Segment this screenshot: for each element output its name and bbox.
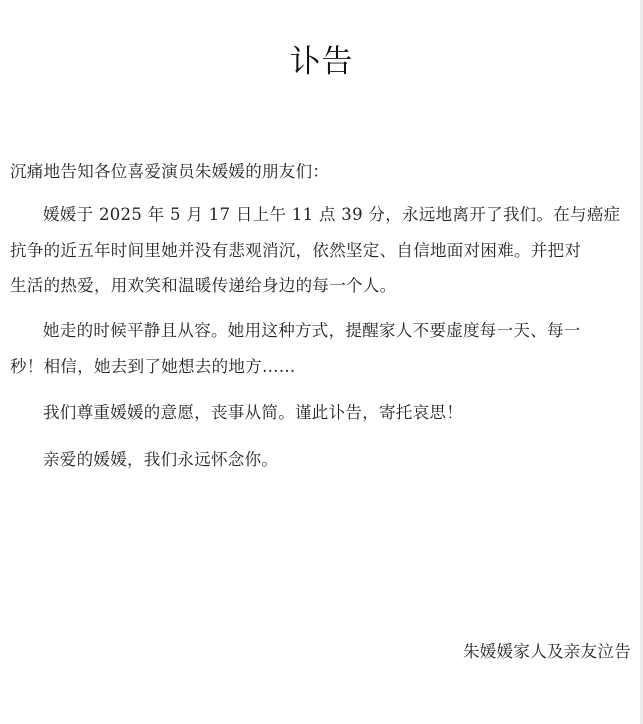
signature: 朱媛媛家人及亲友泣告 [463, 638, 631, 662]
paragraph-2-line-1: 她走的时候平静且从容。她用这种方式，提醒家人不要虚度每一天、每一 [43, 320, 581, 342]
paragraph-1-line-2: 抗争的近五年时间里她并没有悲观消沉，依然坚定、自信地面对困难。并把对 [10, 240, 581, 262]
paragraph-3: 我们尊重媛媛的意愿，丧事从简。谨此讣告，寄托哀思！ [43, 402, 463, 424]
document-title: 讣告 [0, 36, 643, 81]
salutation: 沉痛地告知各位喜爱演员朱媛媛的朋友们： [10, 161, 329, 183]
paragraph-2-line-2: 秒！相信，她去到了她想去的地方…… [10, 356, 296, 378]
paragraph-1-line-1: 媛媛于 2025 年 5 月 17 日上午 11 点 39 分，永远地离开了我们… [43, 204, 620, 226]
paragraph-4: 亲爱的媛媛，我们永远怀念你。 [43, 449, 278, 471]
paragraph-1-line-3: 生活的热爱，用欢笑和温暖传递给身边的每一个人。 [10, 275, 396, 297]
